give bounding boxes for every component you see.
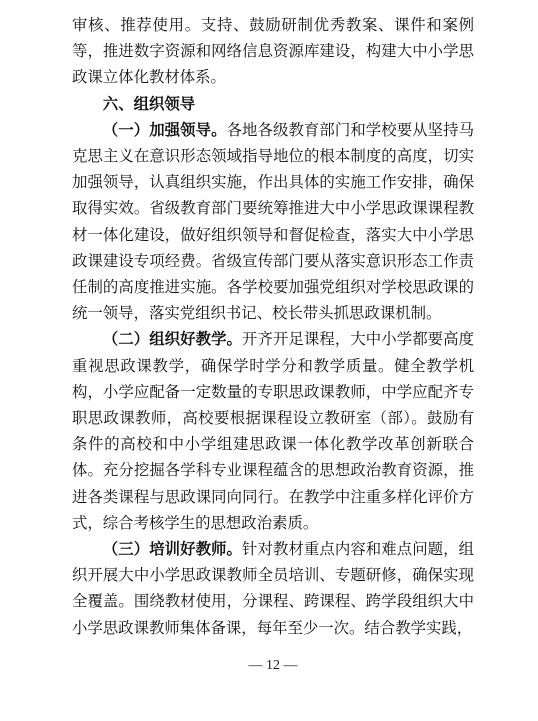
paragraph-1: （一）加强领导。各地各级教育部门和学校要从坚持马克思主义在意识形态领域指导地位的… bbox=[72, 118, 474, 328]
paragraph-1-text: 各地各级教育部门和学校要从坚持马克思主义在意识形态领域指导地位的根本制度的高度，… bbox=[72, 122, 474, 322]
paragraph-text: 审核、推荐使用。支持、鼓励研制优秀教案、课件和案例等，推进数字资源和网络信息资源… bbox=[72, 17, 474, 86]
document-page: 审核、推荐使用。支持、鼓励研制优秀教案、课件和案例等，推进数字资源和网络信息资源… bbox=[0, 0, 538, 721]
section-heading: 六、组织领导 bbox=[72, 92, 474, 118]
section-heading-text: 六、组织领导 bbox=[103, 96, 195, 113]
paragraph-1-lead: （一）加强领导。 bbox=[103, 122, 227, 139]
paragraph-2-lead: （二）组织好教学。 bbox=[103, 331, 242, 348]
paragraph-2-text: 开齐开足课程，大中小学都要高度重视思政课教学，确保学时学分和教学质量。健全教学机… bbox=[72, 331, 474, 531]
paragraph-continuation: 审核、推荐使用。支持、鼓励研制优秀教案、课件和案例等，推进数字资源和网络信息资源… bbox=[72, 13, 474, 92]
paragraph-3-lead: （三）培训好教师。 bbox=[103, 541, 242, 558]
page-number: — 12 — bbox=[72, 657, 474, 675]
paragraph-2: （二）组织好教学。开齐开足课程，大中小学都要高度重视思政课教学，确保学时学分和教… bbox=[72, 327, 474, 537]
paragraph-3: （三）培训好教师。针对教材重点内容和难点问题，组织开展大中小学思政课教师全员培训… bbox=[72, 537, 474, 642]
document-content: 审核、推荐使用。支持、鼓励研制优秀教案、课件和案例等，推进数字资源和网络信息资源… bbox=[72, 13, 474, 642]
page-number-text: — 12 — bbox=[249, 658, 298, 673]
